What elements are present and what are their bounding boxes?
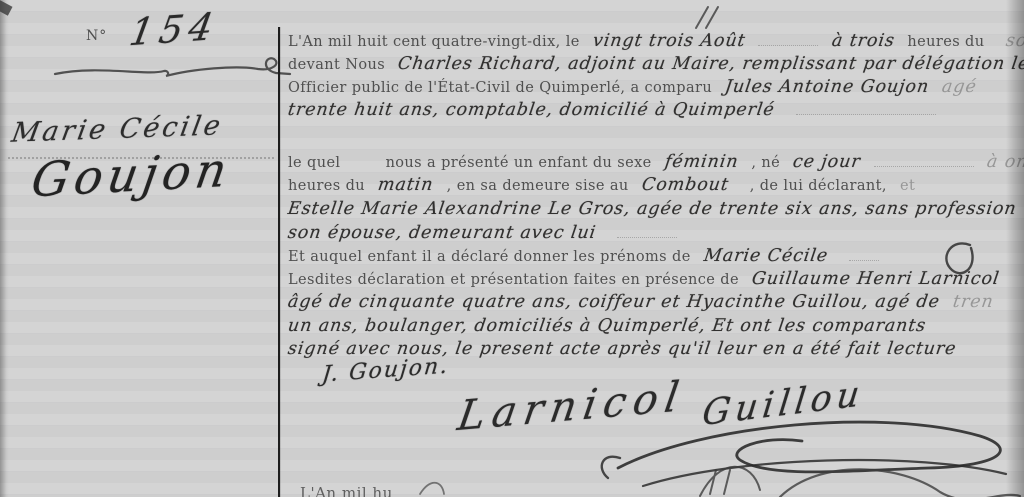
page-left-edge — [0, 0, 9, 497]
next-act-start-text: L'An mil hu — [300, 484, 393, 497]
no-abbrev: N° — [86, 28, 107, 44]
act-line: son épouse, demeurant avec lui — [288, 222, 677, 244]
margin-child-surname: Goujon — [28, 143, 236, 209]
flourish-underline — [52, 52, 292, 97]
act-line: devant Nous Charles Richard, adjoint au … — [288, 53, 1024, 76]
printed-text: heures du — [288, 178, 365, 194]
act-line: trente huit ans, comptable, domicilié à … — [288, 99, 936, 121]
dotted-blank — [849, 247, 879, 261]
handwritten-witness-details: âgé de cinquante quatre ans, coiffeur et… — [286, 291, 941, 313]
act-line: le quel nous a présenté un enfant du sex… — [288, 151, 1024, 174]
margin-divider-rule — [278, 27, 280, 497]
stray-ink-mark — [690, 4, 724, 30]
printed-faint: et — [900, 178, 915, 194]
handwritten-closing: signé avec nous, le present acte après q… — [286, 338, 957, 360]
dotted-blank — [758, 32, 818, 46]
page-right-edge — [1006, 0, 1024, 497]
handwritten-declarant-details: trente huit ans, comptable, domicilié à … — [286, 99, 776, 121]
printed-text: , en sa demeure sise au — [447, 178, 629, 194]
dotted-blank — [617, 224, 677, 238]
handwritten-declarant-name: Jules Antoine Goujon — [724, 76, 931, 98]
printed-text: Officier public de l'État-Civil de Quimp… — [288, 80, 712, 96]
act-number: 154 — [126, 5, 222, 55]
printed-text: Et auquel enfant il a déclaré donner les… — [288, 249, 691, 265]
act-line: âgé de cinquante quatre ans, coiffeur et… — [288, 291, 994, 313]
partial-signature-strokes — [380, 450, 1024, 497]
handwritten-witness2-details: un ans, boulanger, domiciliés à Quimperl… — [286, 315, 927, 337]
handwritten-faint: tren — [951, 291, 995, 313]
act-line: signé avec nous, le present acte après q… — [288, 338, 956, 360]
handwritten-mother-status: son épouse, demeurant avec lui — [286, 222, 597, 244]
act-line: Officier public de l'État-Civil de Quimp… — [288, 76, 977, 99]
act-line: Estelle Marie Alexandrine Le Gros, agée … — [288, 198, 1017, 220]
act-line: Et auquel enfant il a déclaré donner les… — [288, 245, 879, 268]
handwritten-given-names: Marie Cécile — [702, 245, 829, 267]
handwritten-mother-name: Estelle Marie Alexandrine Le Gros, agée … — [286, 198, 1018, 220]
printed-text: , de lui déclarant, — [750, 178, 887, 194]
dotted-blank — [796, 101, 936, 115]
act-line: un ans, boulanger, domiciliés à Quimperl… — [288, 315, 926, 337]
handwritten-witness1-name: Guillaume Henri Larnicol — [751, 268, 1002, 290]
printed-text: L'An mil huit cent quatre-vingt-dix, le — [288, 34, 580, 50]
printed-text: Lesdites déclaration et présentation fai… — [288, 272, 739, 288]
handwritten-hour: à trois — [830, 30, 896, 52]
act-line: Lesdites déclaration et présentation fai… — [288, 268, 1000, 291]
handwritten-time-of-day: matin — [377, 174, 436, 196]
printed-text: le quel — [288, 155, 340, 171]
handwritten-sex: féminin — [663, 151, 740, 173]
margin-child-firstnames: Marie Cécile — [9, 110, 225, 149]
printed-text: devant Nous — [288, 57, 385, 73]
printed-text: heures du — [907, 34, 984, 50]
handwritten-officer-name: Charles Richard, adjoint au Maire, rempl… — [397, 53, 1024, 75]
dotted-blank — [874, 153, 974, 167]
act-line: heures du matin , en sa demeure sise au … — [288, 174, 915, 197]
act-number-label: N° — [86, 28, 107, 44]
handwritten-date: vingt trois Août — [591, 30, 747, 52]
civil-register-scan: N° 154 Marie Cécile Goujon L'An mil huit… — [0, 0, 1024, 497]
handwritten-birthday: ce jour — [792, 151, 863, 173]
handwritten-birthplace: Combout — [640, 174, 730, 196]
handwritten-faint: agé — [941, 76, 979, 98]
printed-text: nous a présenté un enfant du sexe — [386, 155, 652, 171]
act-line: L'An mil huit cent quatre-vingt-dix, le … — [288, 30, 1024, 53]
printed-text: , né — [751, 155, 780, 171]
